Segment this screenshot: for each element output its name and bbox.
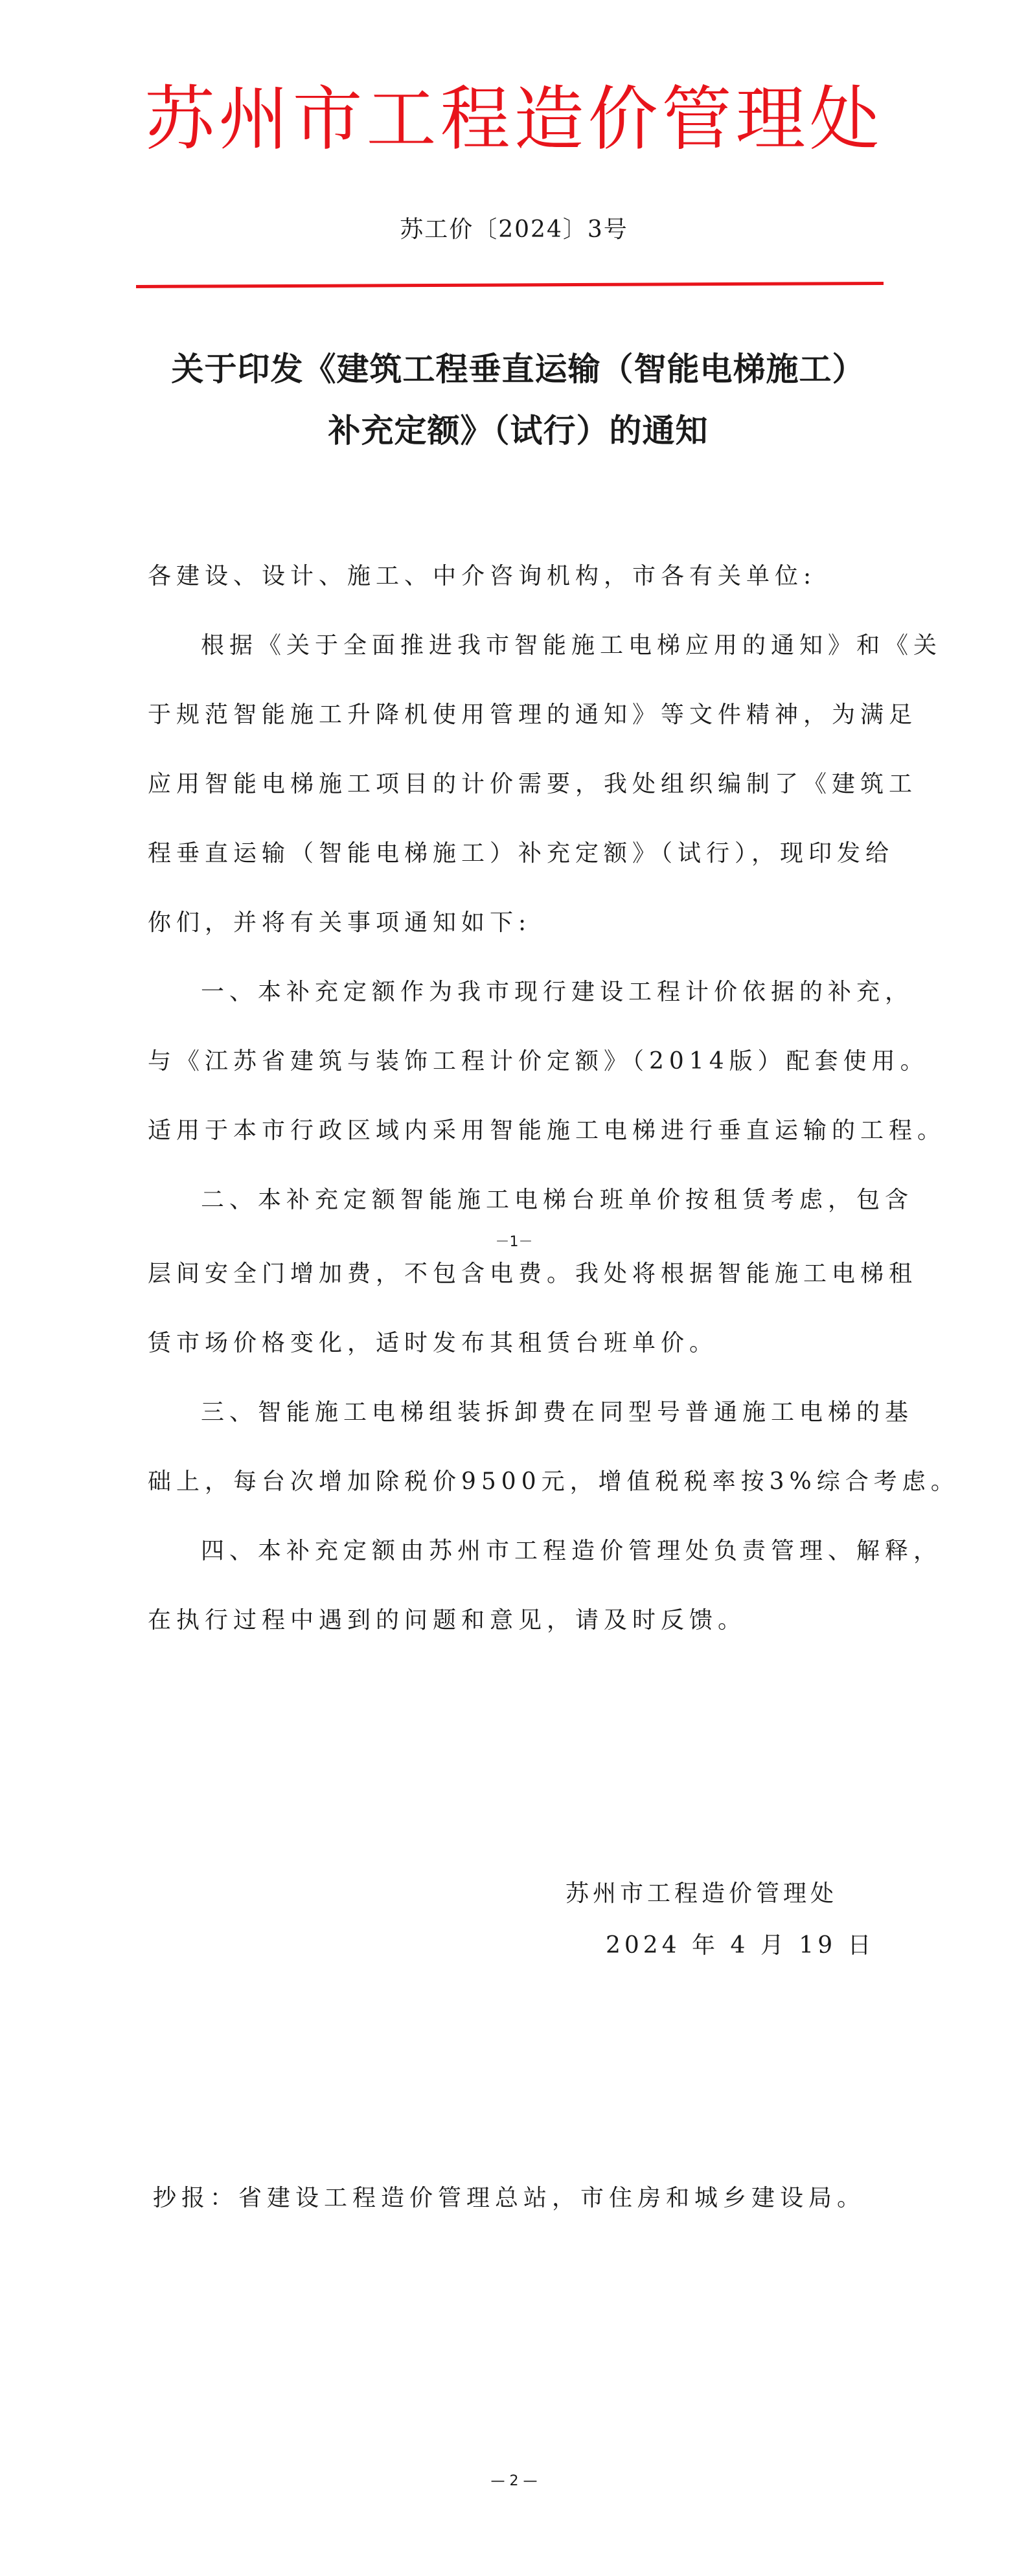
page-number-2: — 2 — [0, 2473, 1028, 2490]
body-line: 三、智能施工电梯组装拆卸费在同型号普通施工电梯的基 [201, 1398, 952, 1427]
body-line: 应用智能电梯施工项目的计价需要，我处组织编制了《建筑工 [148, 770, 899, 799]
body-line: 与《江苏省建筑与装饰工程计价定额》（2014版）配套使用。 [148, 1047, 899, 1076]
body-line: 一、本补充定额作为我市现行建设工程计价依据的补充， [201, 978, 952, 1007]
salutation: 各建设、设计、施工、中介咨询机构，市各有关单位: [148, 562, 899, 591]
body-line: 二、本补充定额智能施工电梯台班单价按租赁考虑，包含 [201, 1186, 952, 1214]
cc-recipients: 抄报：省建设工程造价管理总站，市住房和城乡建设局。 [153, 2184, 904, 2213]
document-title-line-1: 关于印发《建筑工程垂直运输（智能电梯施工） [97, 350, 939, 389]
page-number-1: －1－ [0, 1234, 1028, 1251]
issuing-organization-header: 苏州市工程造价管理处 [0, 78, 1028, 162]
body-line: 程垂直运输（智能电梯施工）补充定额》（试行），现印发给 [148, 839, 899, 868]
document-title-line-2: 补充定额》（试行）的通知 [97, 411, 939, 450]
body-line: 在执行过程中遇到的问题和意见，请及时反馈。 [148, 1606, 899, 1635]
signature-organization: 苏州市工程造价管理处 [565, 1880, 838, 1908]
body-line: 赁市场价格变化，适时发布其租赁台班单价。 [148, 1329, 899, 1358]
body-line: 四、本补充定额由苏州市工程造价管理处负责管理、解释， [201, 1537, 952, 1566]
body-line: 于规范智能施工升降机使用管理的通知》等文件精神，为满足 [148, 701, 899, 729]
body-line: 适用于本市行政区域内采用智能施工电梯进行垂直运输的工程。 [148, 1117, 899, 1145]
body-line: 根据《关于全面推进我市智能施工电梯应用的通知》和《关 [201, 632, 952, 660]
document-number: 苏工价〔2024〕3号 [0, 216, 1028, 244]
body-line: 层间安全门增加费，不包含电费。我处将根据智能施工电梯租 [148, 1260, 899, 1288]
body-line: 你们，并将有关事项通知如下: [148, 909, 899, 937]
red-divider-rule [136, 282, 884, 288]
body-line: 础上，每台次增加除税价9500元，增值税税率按3%综合考虑。 [148, 1468, 899, 1496]
signature-date: 2024 年 4 月 19 日 [606, 1932, 875, 1960]
